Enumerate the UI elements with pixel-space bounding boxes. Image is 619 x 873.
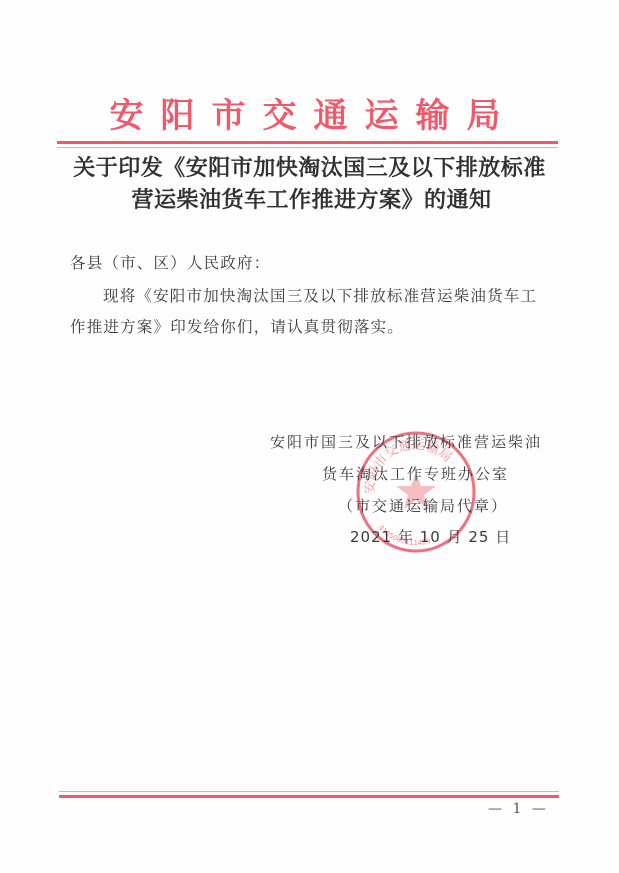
header-red-rule-thin xyxy=(57,147,558,148)
salutation: 各县（市、区）人民政府： xyxy=(70,254,270,272)
body-paragraph-line-2: 作推进方案》印发给你们，请认真贯彻落实。 xyxy=(70,318,404,336)
document-page: 安阳市交通运输局 关于印发《安阳市加快淘汰国三及以下排放标准 营运柴油货车工作推… xyxy=(0,0,619,873)
signature-line-2: 货车淘汰工作专班办公室 xyxy=(322,465,509,483)
body-paragraph-line-1: 现将《安阳市加快淘汰国三及以下排放标准营运柴油货车工 xyxy=(103,287,537,305)
signature-date: 2021 年 10 月 25 日 xyxy=(350,528,511,546)
signature-line-1: 安阳市国三及以下排放标准营运柴油 xyxy=(270,433,542,451)
signature-line-3: （市交通运输局代章） xyxy=(338,497,508,515)
footer-red-rule-thick xyxy=(59,795,559,798)
header-red-rule-thick xyxy=(57,141,558,144)
footer-red-rule-thin xyxy=(59,791,559,792)
issuer-header: 安阳市交通运输局 xyxy=(0,94,619,138)
document-title-line-1: 关于印发《安阳市加快淘汰国三及以下排放标准 xyxy=(0,152,619,184)
page-number: — 1 — xyxy=(488,801,549,817)
document-title-line-2: 营运柴油货车工作推进方案》的通知 xyxy=(0,184,619,216)
